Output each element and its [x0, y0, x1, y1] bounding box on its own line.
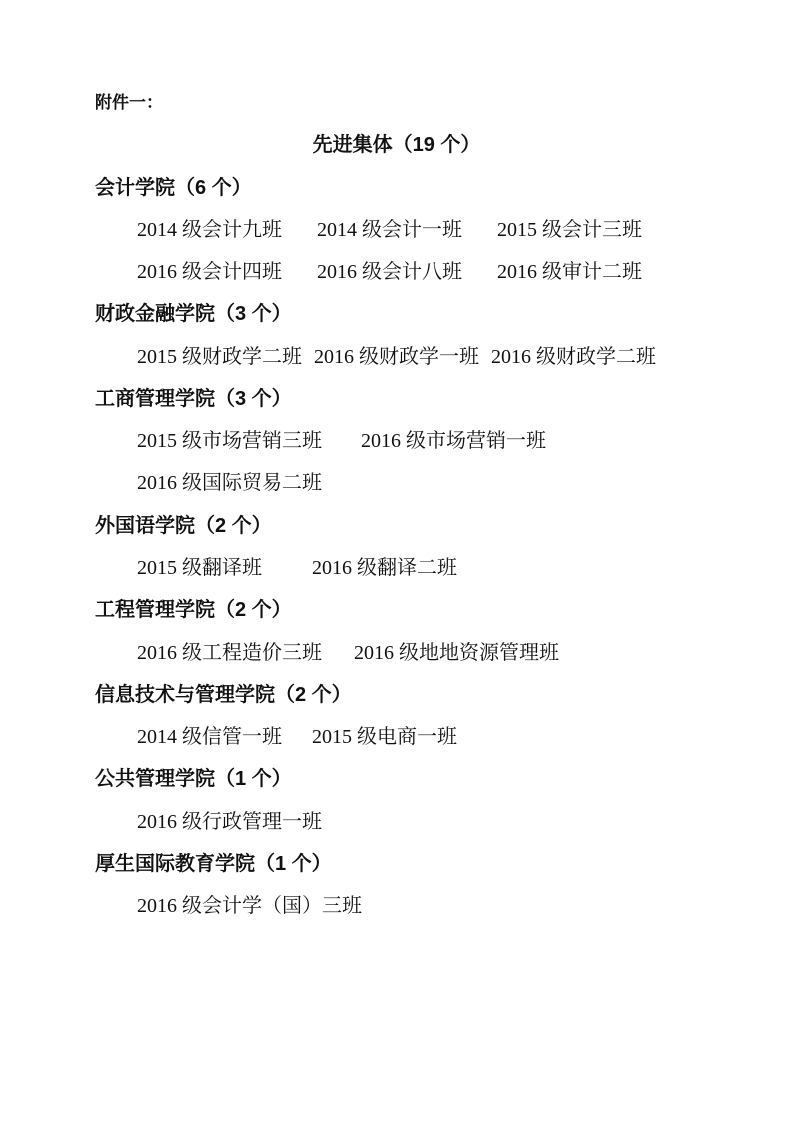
class-name: 2016 级翻译二班 — [312, 555, 457, 581]
section-heading-accounting: 会计学院（6 个） — [95, 175, 252, 201]
section-heading-engineering: 工程管理学院（2 个） — [95, 597, 292, 623]
document-page: 附件一： 先进集体（19 个） 会计学院（6 个） 2014 级会计九班 201… — [0, 0, 793, 1122]
section-heading-information-technology: 信息技术与管理学院（2 个） — [95, 682, 352, 708]
class-row: 2015 级财政学二班 2016 级财政学一班 2016 级财政学二班 — [137, 344, 656, 370]
class-row: 2016 级行政管理一班 — [137, 809, 322, 835]
class-name: 2015 级财政学二班 — [137, 344, 302, 370]
class-row: 2015 级翻译班 2016 级翻译二班 — [137, 555, 457, 581]
class-row: 2016 级会计四班 2016 级会计八班 2016 级审计二班 — [137, 259, 642, 285]
class-name: 2016 级国际贸易二班 — [137, 470, 322, 496]
class-name: 2015 级翻译班 — [137, 555, 262, 581]
class-name: 2016 级财政学一班 — [314, 344, 479, 370]
class-row: 2015 级市场营销三班 2016 级市场营销一班 — [137, 428, 546, 454]
class-row: 2014 级信管一班 2015 级电商一班 — [137, 724, 457, 750]
class-name: 2014 级会计一班 — [317, 217, 462, 243]
class-name: 2016 级会计八班 — [317, 259, 462, 285]
class-name: 2016 级工程造价三班 — [137, 640, 322, 666]
class-row: 2016 级会计学（国）三班 — [137, 893, 362, 919]
class-name: 2016 级市场营销一班 — [361, 428, 546, 454]
section-heading-public-administration: 公共管理学院（1 个） — [95, 766, 292, 792]
section-heading-foreign-languages: 外国语学院（2 个） — [95, 513, 272, 539]
class-row: 2016 级国际贸易二班 — [137, 470, 322, 496]
class-name: 2014 级会计九班 — [137, 217, 282, 243]
class-name: 2014 级信管一班 — [137, 724, 282, 750]
class-name: 2015 级会计三班 — [497, 217, 642, 243]
section-heading-business: 工商管理学院（3 个） — [95, 386, 292, 412]
class-name: 2016 级会计学（国）三班 — [137, 893, 362, 919]
attachment-label: 附件一： — [95, 90, 163, 116]
class-name: 2015 级电商一班 — [312, 724, 457, 750]
section-heading-finance: 财政金融学院（3 个） — [95, 301, 292, 327]
section-heading-housheng-international: 厚生国际教育学院（1 个） — [95, 851, 332, 877]
class-name: 2016 级审计二班 — [497, 259, 642, 285]
class-name: 2016 级行政管理一班 — [137, 809, 322, 835]
class-name: 2016 级会计四班 — [137, 259, 282, 285]
class-row: 2014 级会计九班 2014 级会计一班 2015 级会计三班 — [137, 217, 642, 243]
class-name: 2016 级地地资源管理班 — [354, 640, 559, 666]
document-title: 先进集体（19 个） — [0, 132, 793, 158]
class-name: 2016 级财政学二班 — [491, 344, 656, 370]
class-row: 2016 级工程造价三班 2016 级地地资源管理班 — [137, 640, 559, 666]
class-name: 2015 级市场营销三班 — [137, 428, 322, 454]
